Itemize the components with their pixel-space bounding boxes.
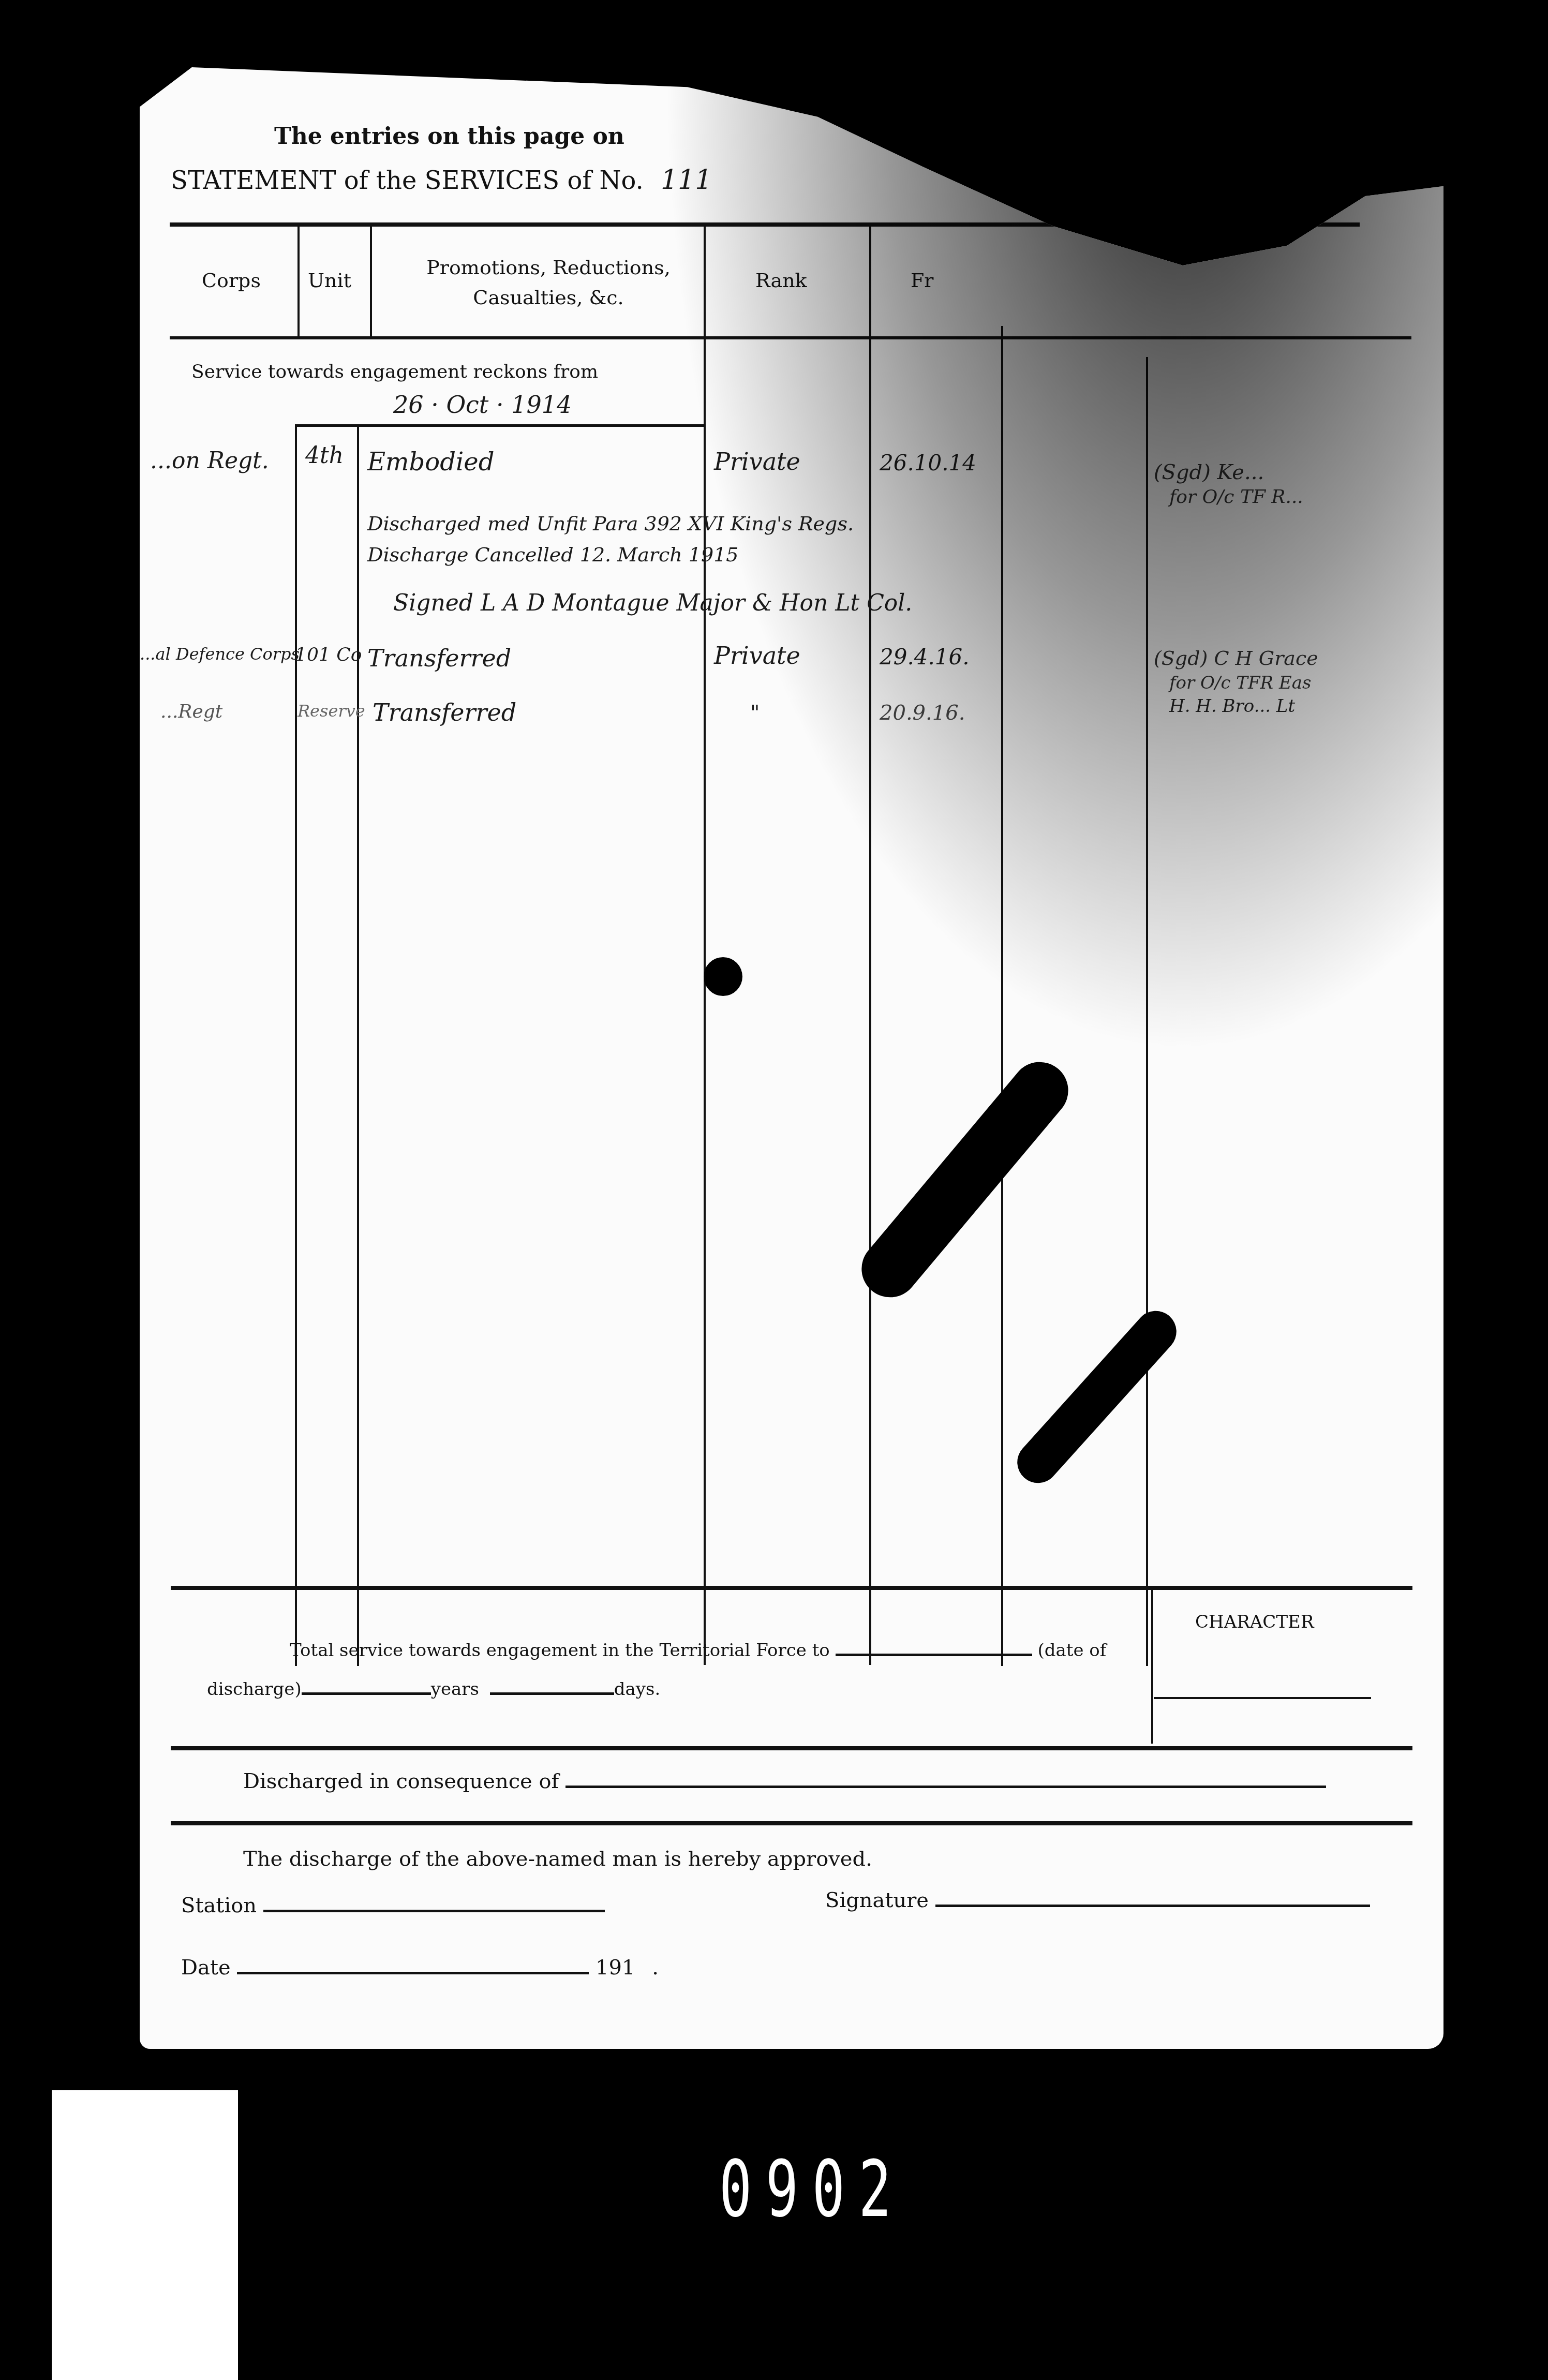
date-line: Date 191 . [181, 1956, 659, 1980]
station-label: Station [181, 1894, 257, 1917]
character-rule [1154, 1697, 1371, 1699]
entry-event: Discharge Cancelled 12. March 1915 [367, 543, 739, 566]
paper-tear [1009, 1302, 1185, 1492]
col-divider [297, 227, 300, 336]
col-header-promotions-line2: Casualties, &c. [414, 286, 683, 309]
signature-field[interactable] [935, 1905, 1370, 1907]
station-line: Station [181, 1894, 605, 1917]
calibration-target [52, 2090, 238, 2380]
entry-date: 26.10.14 [880, 450, 976, 475]
entry-rank: Private [714, 642, 800, 670]
character-label: CHARACTER [1195, 1612, 1314, 1632]
col-header-from: Fr [911, 269, 934, 292]
entry-event: Transferred [367, 644, 511, 672]
total-service-text: Total service towards engagement in the … [290, 1640, 830, 1661]
col-header-rank: Rank [755, 269, 807, 292]
year-prefix: 191 [596, 1956, 635, 1980]
character-divider [1151, 1588, 1153, 1744]
entry-signature: Signed L A D Montague Major & Hon Lt Col… [393, 590, 912, 616]
entry-unit: Reserve [297, 701, 365, 721]
col-header-unit: Unit [308, 269, 351, 292]
discharged-line: Discharged in consequence of [243, 1769, 1326, 1793]
annotation-signature: H. H. Bro... Lt [1169, 696, 1295, 717]
entry-corps: ...al Defence Corps [140, 644, 300, 664]
col-divider [704, 227, 706, 1665]
col-header-promotions: Promotions, Reductions, Casualties, &c. [414, 256, 683, 309]
section-rule [171, 1821, 1412, 1825]
entry-rank: Private [714, 448, 800, 475]
date-label: Date [181, 1956, 231, 1980]
total-service-line: Total service towards engagement in the … [290, 1640, 1106, 1661]
annotation-for-oc: for O/c TF R... [1169, 486, 1303, 508]
page-title: STATEMENT of the SERVICES of No. 111 [171, 165, 712, 196]
service-number: 111 [661, 165, 712, 196]
signature-line: Signature [825, 1888, 1370, 1912]
col-divider [357, 427, 359, 1666]
discharge-label: discharge) [207, 1679, 302, 1700]
entry-corps: ...Regt [160, 701, 222, 722]
header-note: The entries on this page on [274, 123, 624, 150]
engagement-rule [295, 424, 704, 427]
discharge-reason-field[interactable] [565, 1786, 1326, 1788]
col-header-promotions-line1: Promotions, Reductions, [414, 256, 683, 279]
entry-event: Embodied [367, 448, 494, 477]
entry-corps: ...on Regt. [150, 448, 269, 474]
entry-unit: 4th [305, 442, 344, 469]
ink-blot [704, 957, 742, 996]
discharged-label: Discharged in consequence of [243, 1769, 559, 1793]
year-suffix: . [652, 1956, 659, 1980]
frame-number: 0902 [719, 2145, 905, 2235]
discharge-date-field[interactable] [836, 1654, 1032, 1656]
engagement-label: Service towards engagement reckons from [191, 361, 598, 382]
signature-label: Signature [825, 1888, 929, 1912]
header-top-rule [170, 222, 1360, 227]
annotation-signed: (Sgd) Ke... [1154, 460, 1264, 484]
days-label: days. [614, 1679, 661, 1700]
col-divider [1146, 357, 1148, 1666]
entry-event: Discharged med Unfit Para 392 XVI King's… [367, 512, 854, 535]
col-divider [1001, 326, 1003, 1666]
approval-text: The discharge of the above-named man is … [243, 1847, 872, 1871]
years-days-line: discharge)years days. [207, 1679, 660, 1700]
col-header-corps: Corps [202, 269, 261, 292]
header-bottom-rule [170, 336, 1411, 339]
entry-unit: 101 Co [295, 644, 362, 665]
entry-event: Transferred [373, 698, 516, 726]
entry-rank: " [750, 701, 760, 725]
entry-date: 29.4.16. [880, 644, 970, 670]
service-record-page: The entries on this page on STATEMENT of… [140, 67, 1443, 2049]
annotation-signed: (Sgd) C H Grace [1154, 647, 1318, 670]
station-field[interactable] [263, 1910, 605, 1912]
engagement-date: 26 · Oct · 1914 [393, 391, 572, 419]
annotation-for-oc: for O/c TFR Eas [1169, 673, 1312, 693]
col-divider [869, 227, 871, 1665]
entry-date: 20.9.16. [880, 701, 965, 725]
years-field[interactable] [302, 1692, 431, 1695]
table-bottom-rule [171, 1586, 1412, 1590]
days-field[interactable] [490, 1692, 614, 1695]
paper-tear [850, 1050, 1080, 1309]
col-divider [370, 227, 372, 336]
years-label: years [431, 1679, 479, 1700]
title-text: STATEMENT of the SERVICES of No. [171, 166, 644, 195]
date-field[interactable] [237, 1972, 589, 1974]
section-rule [171, 1746, 1412, 1750]
col-divider [295, 427, 297, 1666]
date-of-label: (date of [1037, 1640, 1106, 1661]
